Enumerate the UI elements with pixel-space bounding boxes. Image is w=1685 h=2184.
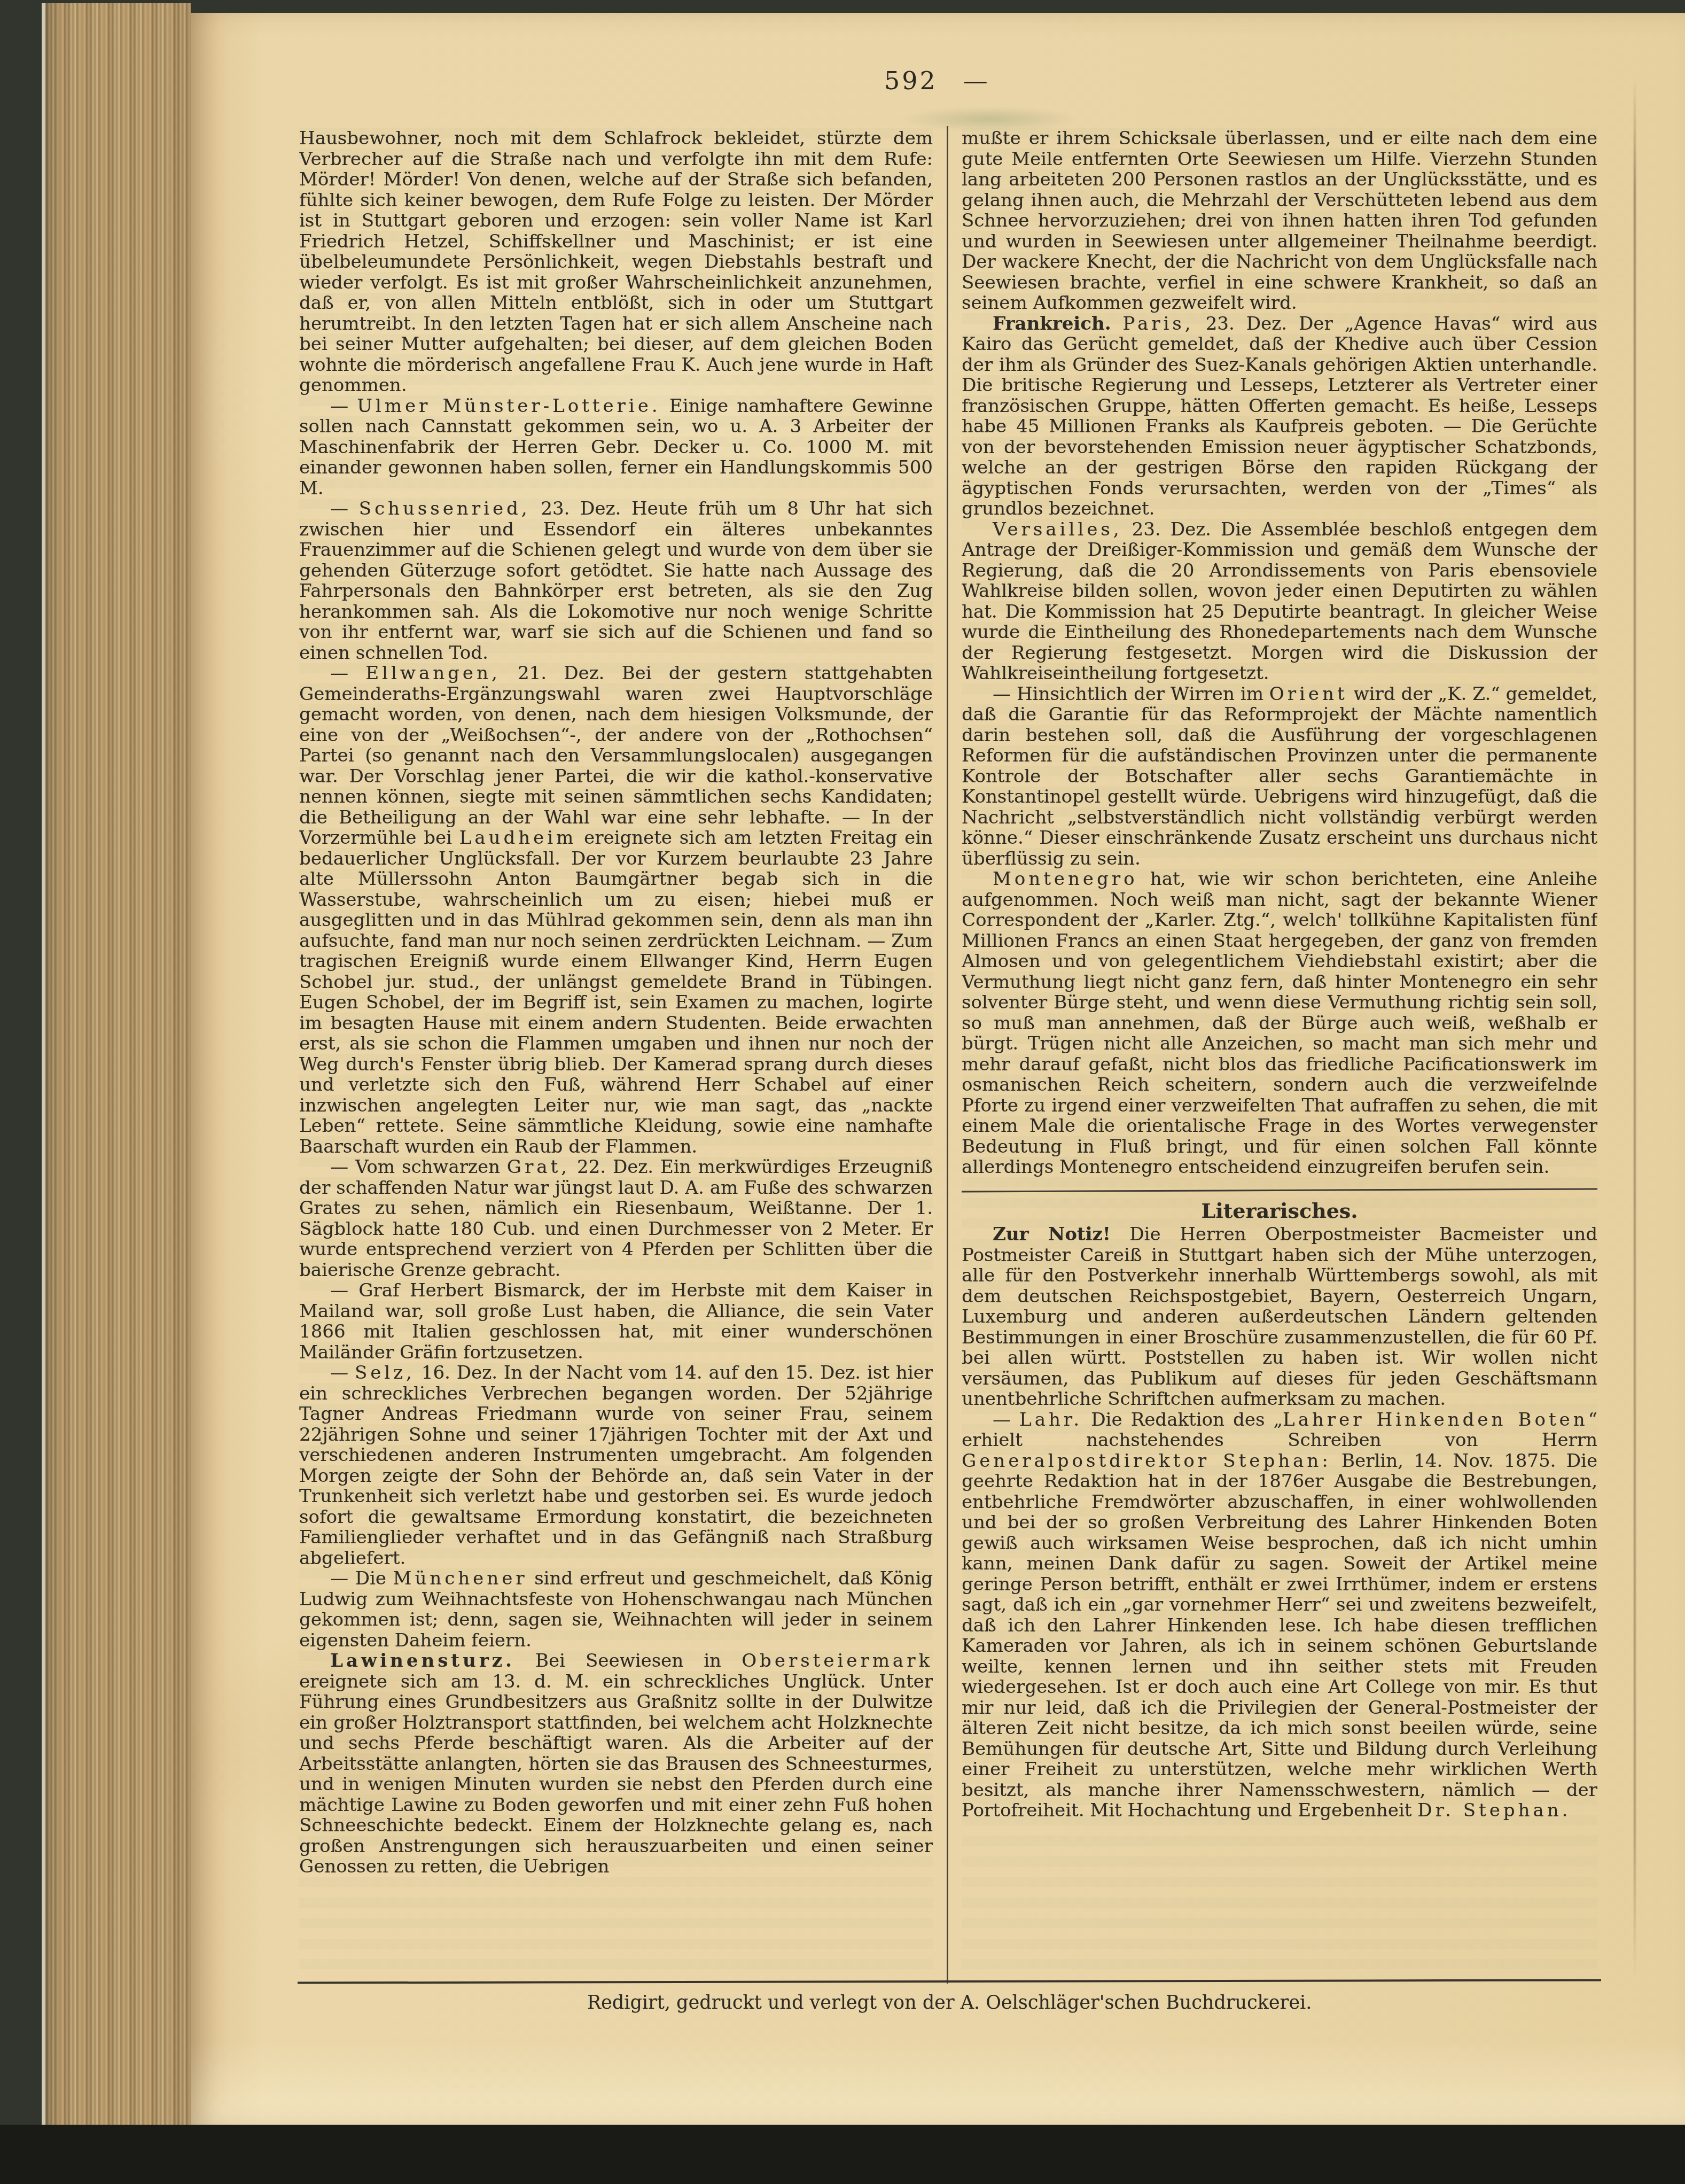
page-number-dash: — [963, 66, 990, 95]
section-heading-literarisches: Literarisches. [962, 1201, 1597, 1222]
news-item-schwarzer-grat: — Vom schwarzen Grat, 22. Dez. Ein merkw… [299, 1157, 933, 1280]
scanned-book-spread: { "page": { "number": "592", "number_das… [0, 0, 1685, 2184]
news-item-graf-bismarck: — Graf Herbert Bismarck, der im Herbste … [299, 1280, 933, 1363]
news-item-versailles: Versailles, 23. Dez. Die Assemblée besch… [962, 519, 1597, 684]
news-item-lawinensturz-fortsetzung: mußte er ihrem Schicksale überlassen, un… [962, 128, 1597, 314]
news-item-montenegro: Montenegro hat, wie wir schon berichtete… [962, 869, 1597, 1178]
news-item-stuttgart-moerder: Hausbewohner, noch mit dem Schlafrock be… [299, 128, 933, 396]
news-item-frankreich-paris: Frankreich. Paris, 23. Dez. Der „Agence … [962, 314, 1597, 519]
section-divider-rule [962, 1188, 1597, 1192]
news-item-ellwangen: — Ellwangen, 21. Dez. Bei der gestern st… [299, 663, 933, 1157]
news-item-lawinensturz: Lawinensturz. Bei Seewiesen in Obersteie… [299, 1651, 933, 1877]
news-item-ulmer-muenster-lotterie: — Ulmer Münster-Lotterie. Einige namhaft… [299, 396, 933, 499]
news-item-orient-wirren: — Hinsichtlich der Wirren im Orient wird… [962, 684, 1597, 869]
right-column: mußte er ihrem Schicksale überlassen, un… [962, 128, 1597, 1973]
book-page-edges [45, 3, 191, 2125]
news-item-schussenried: — Schussenried, 23. Dez. Heute früh um 8… [299, 499, 933, 663]
news-item-lahr-stephan-brief: — Lahr. Die Redaktion des „Lahrer Hinken… [962, 1410, 1597, 1821]
page-header: 592— [884, 66, 990, 95]
footer-rule [298, 1979, 1601, 1984]
news-item-zur-notiz: Zur Notiz! Die Herren Oberpostmeister Ba… [962, 1224, 1597, 1410]
news-item-selz: — Selz, 16. Dez. In der Nacht vom 14. au… [299, 1363, 933, 1568]
imprint-footer: Redigirt, gedruckt und verlegt von der A… [299, 1992, 1600, 2014]
paper-crease [1634, 77, 1636, 1979]
column-divider-rule [947, 126, 948, 1984]
book-cover-bottom [0, 2125, 1685, 2184]
newspaper-page: 592— Hausbewohner, noch mit dem Schlafro… [191, 13, 1685, 2125]
page-number: 592 [884, 66, 938, 95]
news-item-muenchener: — Die Münchener sind erfreut und geschme… [299, 1568, 933, 1651]
left-column: Hausbewohner, noch mit dem Schlafrock be… [299, 128, 933, 1973]
